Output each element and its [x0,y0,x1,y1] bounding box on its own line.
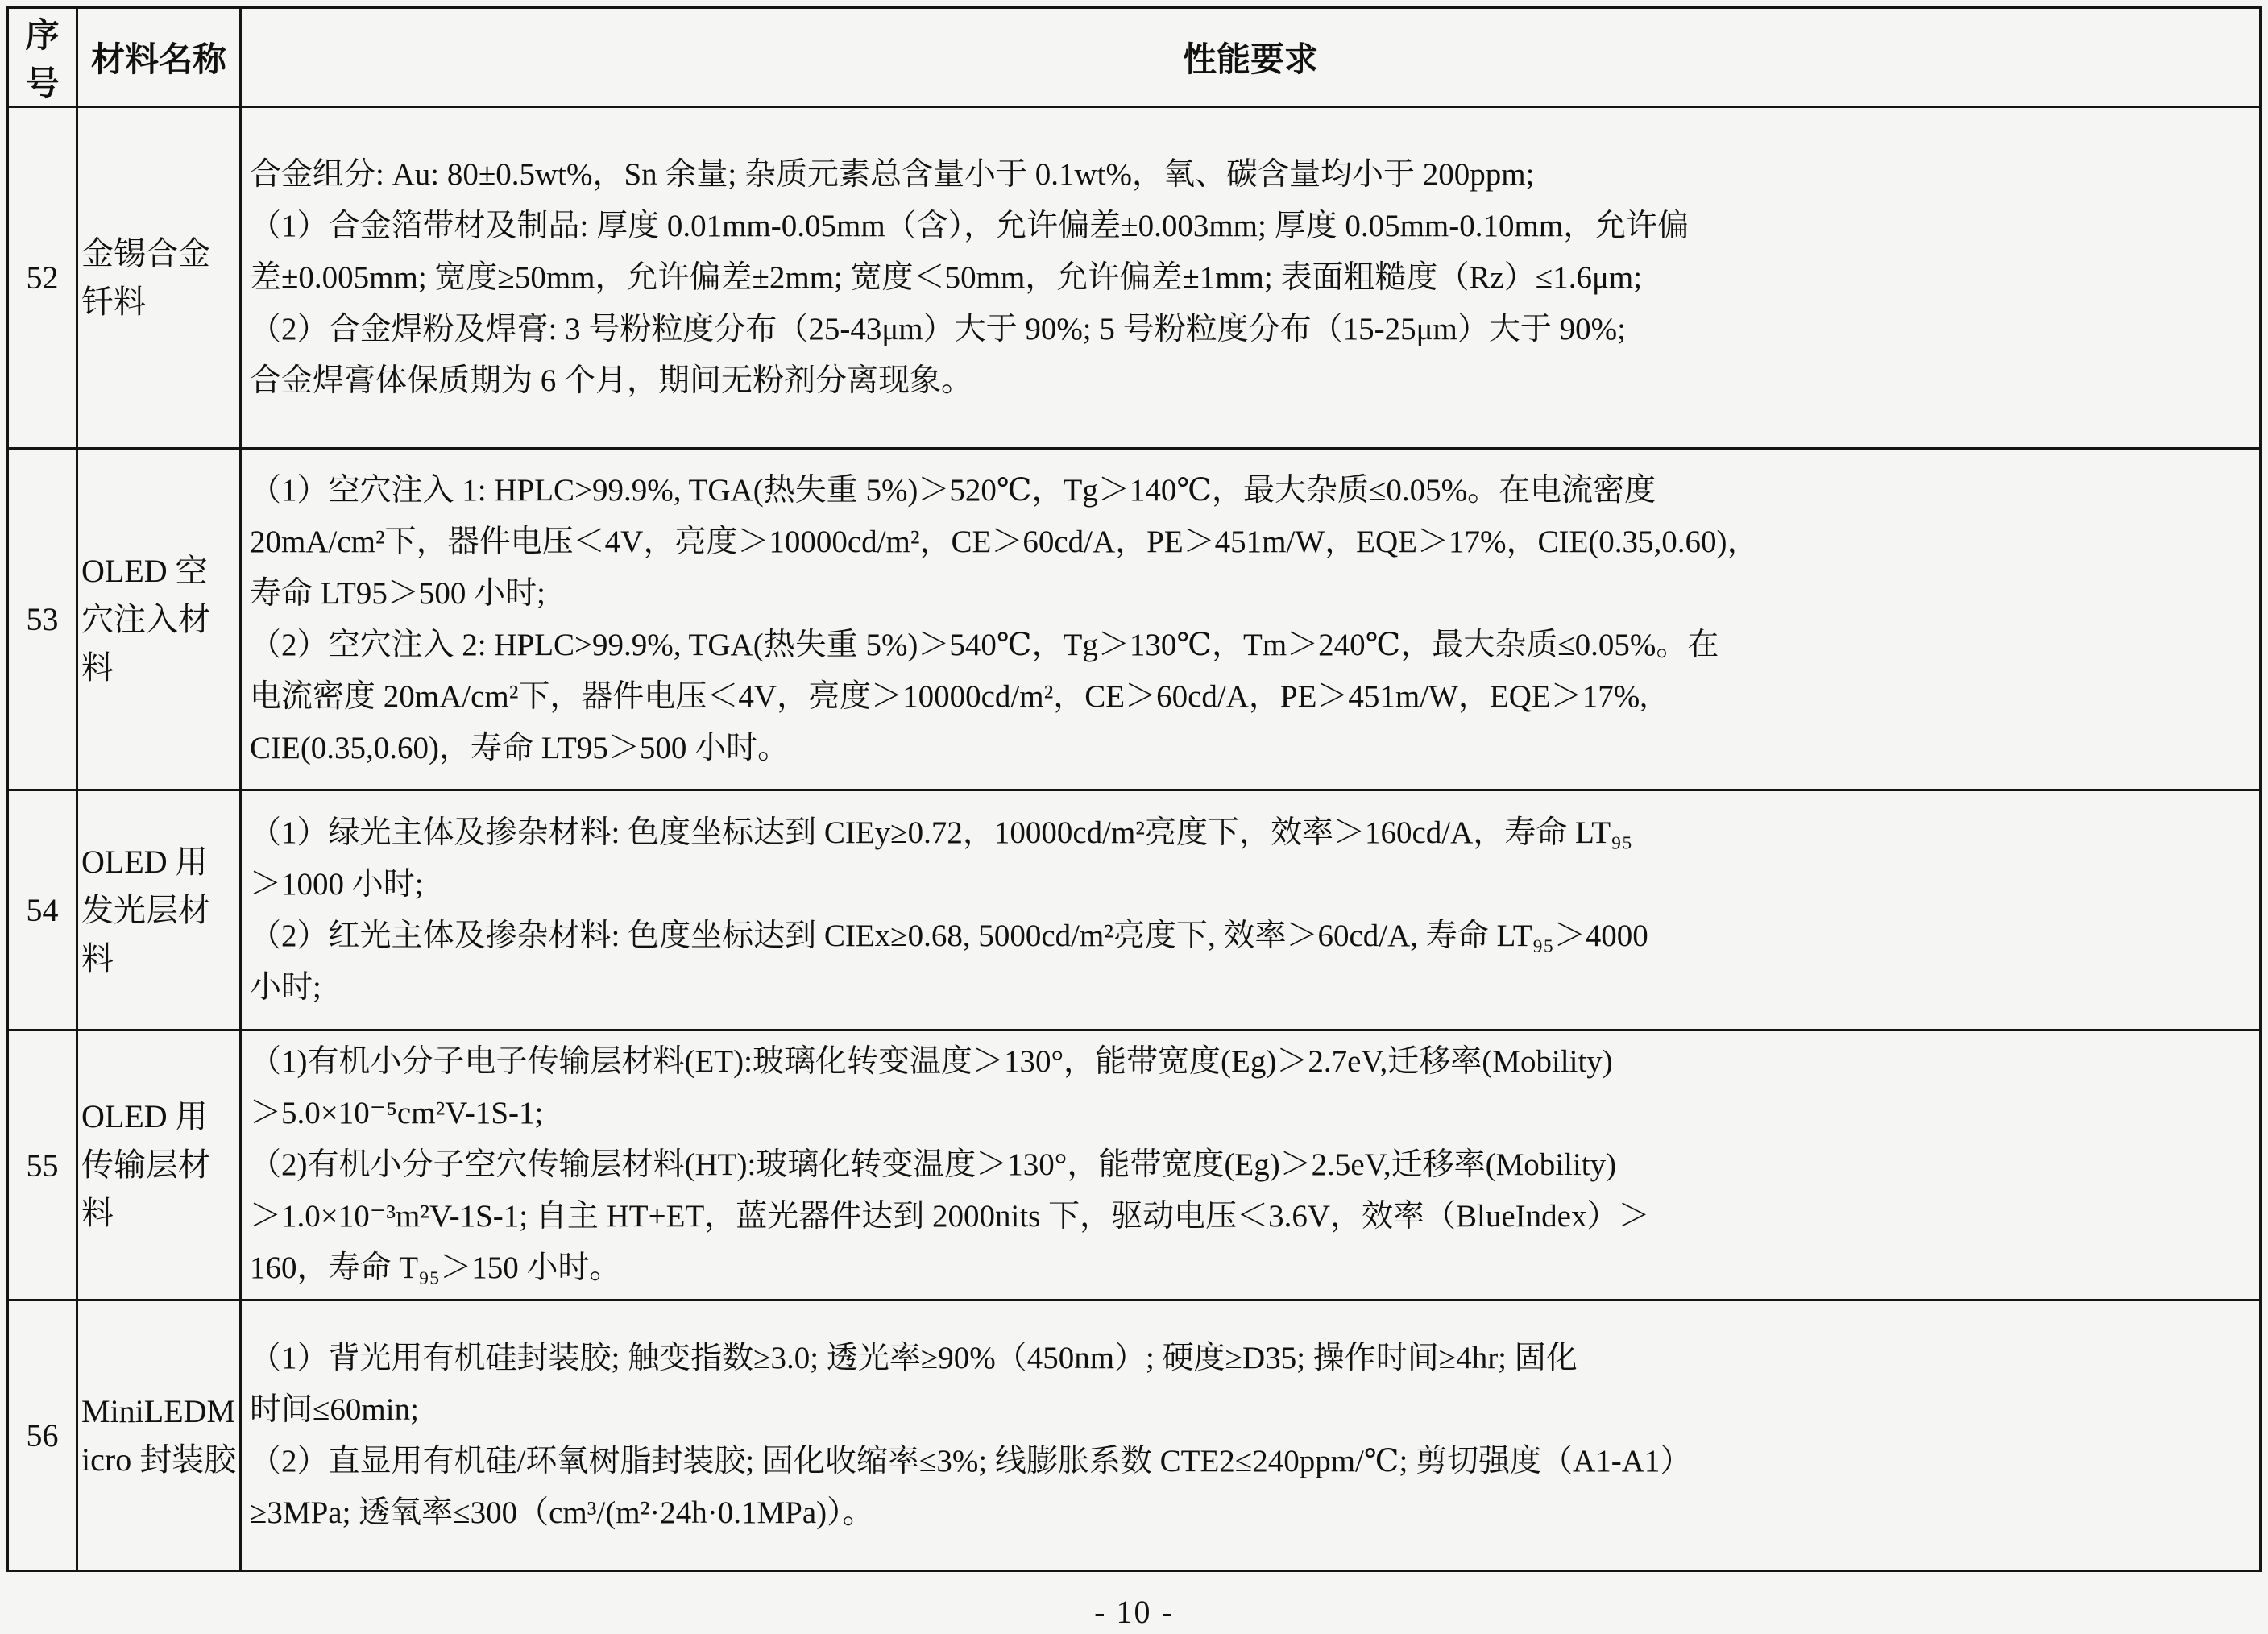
performance-requirements-cell: （1）背光用有机硅封装胶; 触变指数≥3.0; 透光率≥90%（450nm）; … [241,1300,2261,1571]
requirement-line: 20mA/cm²下，器件电压＜4V，亮度＞10000cd/m²，CE＞60cd/… [250,516,2256,568]
performance-requirements-cell: （1）空穴注入 1: HPLC>99.9%, TGA(热失重 5%)＞520℃，… [241,449,2261,790]
requirement-line: ≥3MPa; 透氧率≤300（cm³/(m²·24h·0.1MPa)）。 [250,1487,2256,1539]
requirement-line: （2）合金焊粉及焊膏: 3 号粉粒度分布（25-43μm）大于 90%; 5 号… [250,304,2256,355]
header-material-name: 材料名称 [77,8,241,107]
requirement-line: 合金组分: Au: 80±0.5wt%，Sn 余量; 杂质元素总含量小于 0.1… [250,149,2256,201]
requirement-line: （2）直显用有机硅/环氧树脂封装胶; 固化收缩率≤3%; 线膨胀系数 CTE2≤… [250,1436,2256,1487]
header-seq-no: 序号 [8,8,77,107]
material-name-cell: OLED 用传输层材料 [77,1031,241,1300]
seq-no-cell: 56 [8,1300,77,1571]
seq-no-cell: 54 [8,790,77,1031]
requirement-line: 电流密度 20mA/cm²下，器件电压＜4V，亮度＞10000cd/m²，CE＞… [250,671,2256,723]
requirement-line: 合金焊膏体保质期为 6 个月，期间无粉剂分离现象。 [250,355,2256,407]
requirement-line: （1)有机小分子电子传输层材料(ET):玻璃化转变温度＞130°，能带宽度(Eg… [250,1036,2256,1088]
header-row: 序号 材料名称 性能要求 [8,8,2261,107]
requirement-line: 小时; [250,962,2256,1014]
requirement-line: （2)有机小分子空穴传输层材料(HT):玻璃化转变温度＞130°，能带宽度(Eg… [250,1139,2256,1191]
header-performance: 性能要求 [241,8,2261,107]
material-name-cell: 金锡合金钎料 [77,107,241,449]
performance-requirements-cell: （1）绿光主体及掺杂材料: 色度坐标达到 CIEy≥0.72，10000cd/m… [241,790,2261,1031]
table-row: 55OLED 用传输层材料（1)有机小分子电子传输层材料(ET):玻璃化转变温度… [8,1031,2261,1300]
table-row: 56MiniLEDMicro 封装胶（1）背光用有机硅封装胶; 触变指数≥3.0… [8,1300,2261,1571]
requirement-line: ＞5.0×10⁻⁵cm²V-1S-1; [250,1088,2256,1139]
seq-no-cell: 53 [8,449,77,790]
requirement-line: 寿命 LT95＞500 小时; [250,568,2256,620]
document-page: 序号 材料名称 性能要求 52金锡合金钎料合金组分: Au: 80±0.5wt%… [0,0,2268,1634]
seq-no-cell: 55 [8,1031,77,1300]
materials-table: 序号 材料名称 性能要求 52金锡合金钎料合金组分: Au: 80±0.5wt%… [6,6,2262,1572]
performance-requirements-cell: （1)有机小分子电子传输层材料(ET):玻璃化转变温度＞130°，能带宽度(Eg… [241,1031,2261,1300]
table-body: 52金锡合金钎料合金组分: Au: 80±0.5wt%，Sn 余量; 杂质元素总… [8,107,2261,1571]
requirement-line: （1）空穴注入 1: HPLC>99.9%, TGA(热失重 5%)＞520℃，… [250,465,2256,516]
requirement-line: （2）红光主体及掺杂材料: 色度坐标达到 CIEx≥0.68, 5000cd/m… [250,910,2256,962]
requirement-line: （1）背光用有机硅封装胶; 触变指数≥3.0; 透光率≥90%（450nm）; … [250,1333,2256,1384]
requirement-line: ＞1.0×10⁻³m²V-1S-1; 自主 HT+ET，蓝光器件达到 2000n… [250,1191,2256,1242]
material-name-cell: MiniLEDMicro 封装胶 [77,1300,241,1571]
material-name-cell: OLED 用发光层材料 [77,790,241,1031]
table-row: 54OLED 用发光层材料（1）绿光主体及掺杂材料: 色度坐标达到 CIEy≥0… [8,790,2261,1031]
requirement-line: （1）合金箔带材及制品: 厚度 0.01mm-0.05mm（含），允许偏差±0.… [250,201,2256,252]
table-row: 52金锡合金钎料合金组分: Au: 80±0.5wt%，Sn 余量; 杂质元素总… [8,107,2261,449]
performance-requirements-cell: 合金组分: Au: 80±0.5wt%，Sn 余量; 杂质元素总含量小于 0.1… [241,107,2261,449]
seq-no-cell: 52 [8,107,77,449]
requirement-line: 时间≤60min; [250,1384,2256,1436]
table-row: 53OLED 空穴注入材料（1）空穴注入 1: HPLC>99.9%, TGA(… [8,449,2261,790]
requirement-line: CIE(0.35,0.60)，寿命 LT95＞500 小时。 [250,723,2256,774]
requirement-line: 差±0.005mm; 宽度≥50mm，允许偏差±2mm; 宽度＜50mm，允许偏… [250,252,2256,304]
requirement-line: （2）空穴注入 2: HPLC>99.9%, TGA(热失重 5%)＞540℃，… [250,620,2256,671]
page-number: - 10 - [6,1593,2262,1631]
requirement-line: 160，寿命 T₉₅＞150 小时。 [250,1242,2256,1294]
material-name-cell: OLED 空穴注入材料 [77,449,241,790]
requirement-line: ＞1000 小时; [250,859,2256,910]
requirement-line: （1）绿光主体及掺杂材料: 色度坐标达到 CIEy≥0.72，10000cd/m… [250,807,2256,859]
table-header: 序号 材料名称 性能要求 [8,8,2261,107]
